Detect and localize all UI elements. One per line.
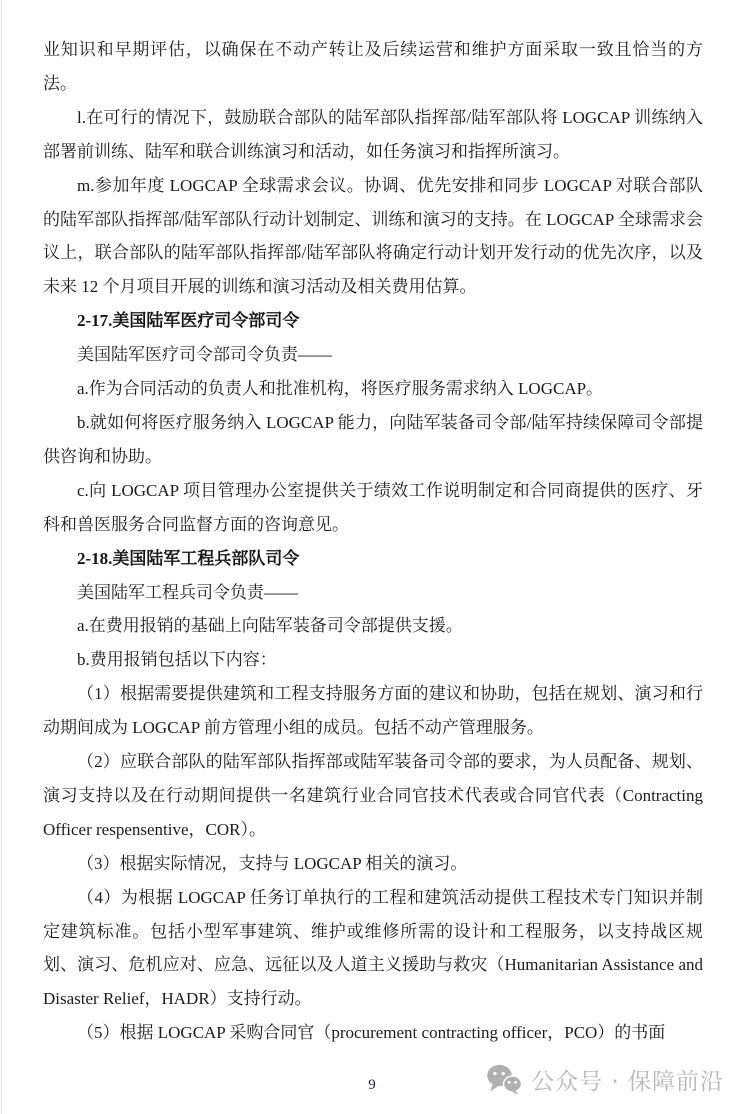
paragraph-item-a: a.作为合同活动的负责人和批准机构，将医疗服务需求纳入 LOGCAP。 bbox=[43, 372, 703, 406]
paragraph-subitem-5: （5）根据 LOGCAP 采购合同官（procurement contracti… bbox=[43, 1016, 703, 1050]
paragraph-item-a2: a.在费用报销的基础上向陆军装备司令部提供支援。 bbox=[43, 609, 703, 643]
section-heading-2-17: 2-17.美国陆军医疗司令部司令 bbox=[43, 304, 703, 338]
paragraph-continuation: 业知识和早期评估，以确保在不动产转让及后续运营和维护方面采取一致且恰当的方法。 bbox=[43, 33, 703, 101]
watermark-label: 公众号 · 保障前沿 bbox=[531, 1063, 724, 1096]
paragraph-item-l: l.在可行的情况下，鼓励联合部队的陆军部队指挥部/陆军部队将 LOGCAP 训练… bbox=[43, 101, 703, 169]
paragraph-subitem-1: （1）根据需要提供建筑和工程支持服务方面的建议和协助，包括在规划、演习和行动期间… bbox=[43, 677, 703, 745]
paragraph-subitem-2: （2）应联合部队的陆军部队指挥部或陆军装备司令部的要求，为人员配备、规划、演习支… bbox=[43, 745, 703, 847]
paragraph-intro-2-18: 美国陆军工程兵司令负责—— bbox=[43, 576, 703, 610]
paragraph-item-b: b.就如何将医疗服务纳入 LOGCAP 能力，向陆军装备司令部/陆军持续保障司令… bbox=[43, 406, 703, 474]
scan-edge-artifact bbox=[1, 0, 2, 1114]
document-page: 业知识和早期评估，以确保在不动产转让及后续运营和维护方面采取一致且恰当的方法。 … bbox=[0, 0, 744, 1114]
paragraph-item-c: c.向 LOGCAP 项目管理办公室提供关于绩效工作说明制定和合同商提供的医疗、… bbox=[43, 474, 703, 542]
paragraph-item-b2: b.费用报销包括以下内容： bbox=[43, 643, 703, 677]
paragraph-item-m: m.参加年度 LOGCAP 全球需求会议。协调、优先安排和同步 LOGCAP 对… bbox=[43, 169, 703, 305]
paragraph-subitem-3: （3）根据实际情况，支持与 LOGCAP 相关的演习。 bbox=[43, 847, 703, 881]
paragraph-intro-2-17: 美国陆军医疗司令部司令负责—— bbox=[43, 338, 703, 372]
document-body: 业知识和早期评估，以确保在不动产转让及后续运营和维护方面采取一致且恰当的方法。 … bbox=[43, 33, 703, 1050]
watermark: 公众号 · 保障前沿 bbox=[486, 1063, 724, 1096]
paragraph-subitem-4: （4）为根据 LOGCAP 任务订单执行的工程和建筑活动提供工程技术专门知识并制… bbox=[43, 881, 703, 1017]
section-heading-2-18: 2-18.美国陆军工程兵部队司令 bbox=[43, 542, 703, 576]
wechat-icon bbox=[486, 1064, 522, 1095]
